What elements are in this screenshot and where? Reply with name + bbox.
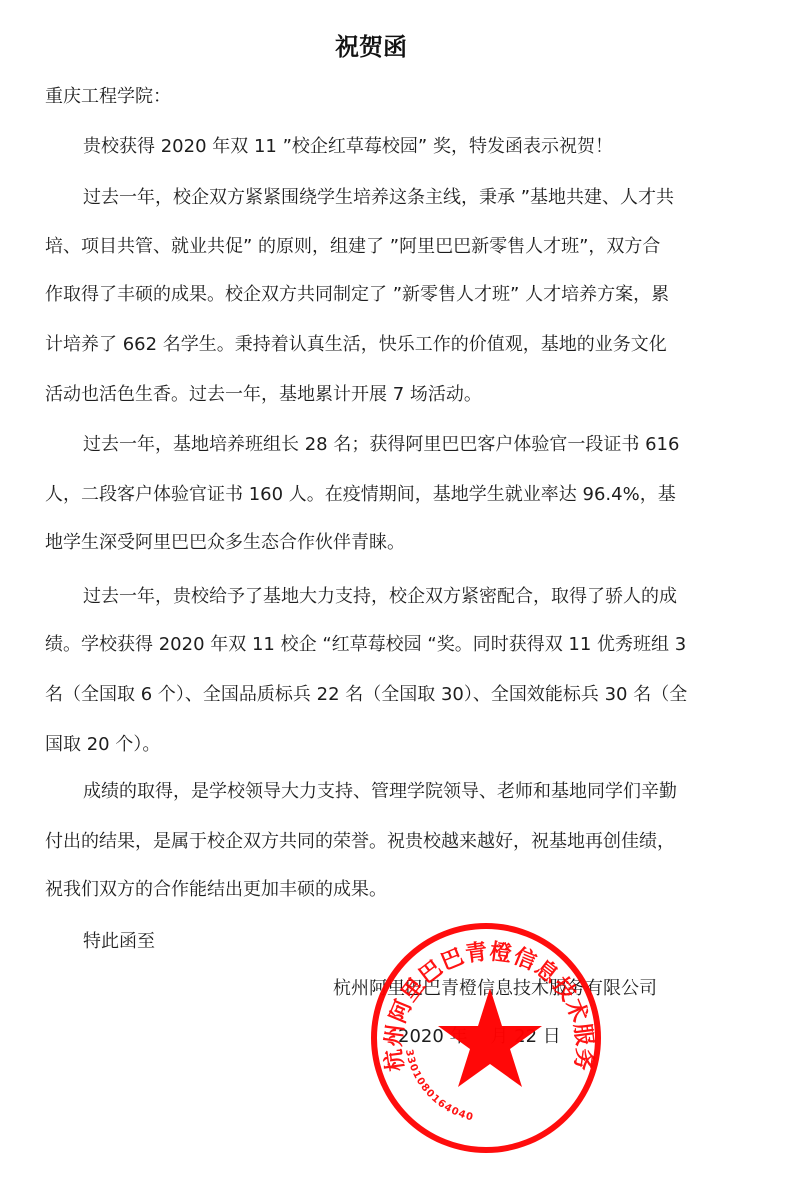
letter-title: 祝贺函 <box>0 32 742 62</box>
letter-page: 祝贺函 重庆工程学院： 贵校获得 2020 年双 11 ”校企红草莓校园” 奖，… <box>0 0 800 1192</box>
body-line: 过去一年，基地培养班组长 28 名；获得阿里巴巴客户体验官一段证书 616 <box>83 433 707 457</box>
body-line: 国取 20 个）。 <box>45 733 707 757</box>
body-line: 过去一年，贵校给予了基地大力支持，校企双方紧密配合，取得了骄人的成 <box>83 585 707 609</box>
body-line: 作取得了丰硕的成果。校企双方共同制定了 ”新零售人才班” 人才培养方案，累 <box>45 283 707 307</box>
company-seal: 杭州阿里巴巴青橙信息技术服务有限公司 3301080164040 <box>368 920 604 1156</box>
svg-text:3301080164040: 3301080164040 <box>403 1048 475 1123</box>
body-line: 成绩的取得，是学校领导大力支持、管理学院领导、老师和基地同学们辛勤 <box>83 780 707 804</box>
seal-number: 3301080164040 <box>403 1048 475 1123</box>
body-line: 过去一年，校企双方紧紧围绕学生培养这条主线，秉承 ”基地共建、人才共 <box>83 186 707 210</box>
body-line: 付出的结果，是属于校企双方共同的荣誉。祝贵校越来越好，祝基地再创佳绩， <box>45 830 707 854</box>
body-line: 活动也活色生香。过去一年，基地累计开展 7 场活动。 <box>45 383 707 407</box>
body-line: 绩。学校获得 2020 年双 11 校企 “红草莓校园 “奖。同时获得双 11 … <box>45 633 707 657</box>
body-line: 祝我们双方的合作能结出更加丰硕的成果。 <box>45 878 707 902</box>
body-line: 地学生深受阿里巴巴众多生态合作伙伴青睐。 <box>45 531 707 555</box>
salutation: 重庆工程学院： <box>45 85 707 109</box>
body-line: 名（全国取 6 个）、全国品质标兵 22 名（全国取 30）、全国效能标兵 30… <box>45 683 707 707</box>
body-line: 培、项目共管、就业共促” 的原则，组建了 ”阿里巴巴新零售人才班”，双方合 <box>45 235 707 259</box>
body-line: 贵校获得 2020 年双 11 ”校企红草莓校园” 奖，特发函表示祝贺！ <box>83 135 707 159</box>
body-line: 人，二段客户体验官证书 160 人。在疫情期间，基地学生就业率达 96.4%，基 <box>45 483 707 507</box>
body-line: 计培养了 662 名学生。秉持着认真生活，快乐工作的价值观，基地的业务文化 <box>45 333 707 357</box>
star-icon <box>438 988 542 1087</box>
